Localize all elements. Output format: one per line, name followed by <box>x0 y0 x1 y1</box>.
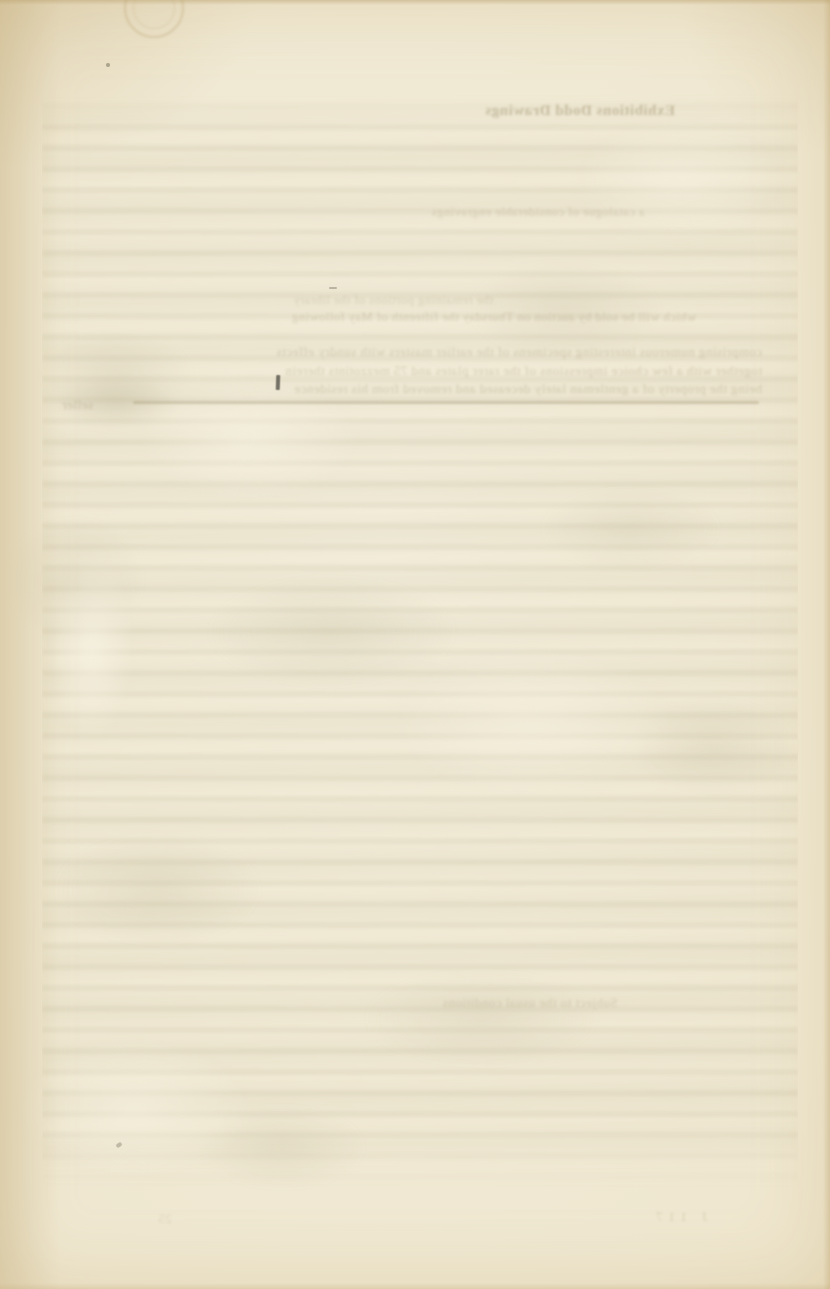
bleed-paragraph-line: comprising numerous interesting specimen… <box>62 343 762 362</box>
bleed-subheading: a catalogue of considerable engravings <box>386 205 690 220</box>
embossed-stamp <box>124 0 184 38</box>
bleed-paragraph-line: together with a few choice impressions o… <box>62 362 762 381</box>
ink-speck <box>329 287 337 289</box>
ink-speck <box>106 63 110 67</box>
folio-number-left: 25 <box>158 1211 172 1227</box>
bleed-through-texture <box>42 92 798 1189</box>
scanned-page: Exhibitions Dodd Drawings a catalogue of… <box>0 0 830 1289</box>
bleed-horizontal-rule <box>133 401 759 404</box>
bleed-heading: Exhibitions Dodd Drawings <box>443 103 717 120</box>
bleed-line-a: the remaining portions of the library <box>293 293 695 308</box>
bleed-line-b: which will be sold by auction on Thursda… <box>64 310 696 325</box>
bleed-mid-line: Subject to the usual conditions <box>396 995 664 1011</box>
bleed-paragraph: comprising numerous interesting specimen… <box>62 343 762 399</box>
bleed-paragraph-line: being the property of a gentleman lately… <box>62 380 762 399</box>
bleed-last-word: seller <box>62 397 93 413</box>
ink-stroke-mark <box>276 375 281 390</box>
folio-number-right: J 117 <box>650 1209 707 1225</box>
